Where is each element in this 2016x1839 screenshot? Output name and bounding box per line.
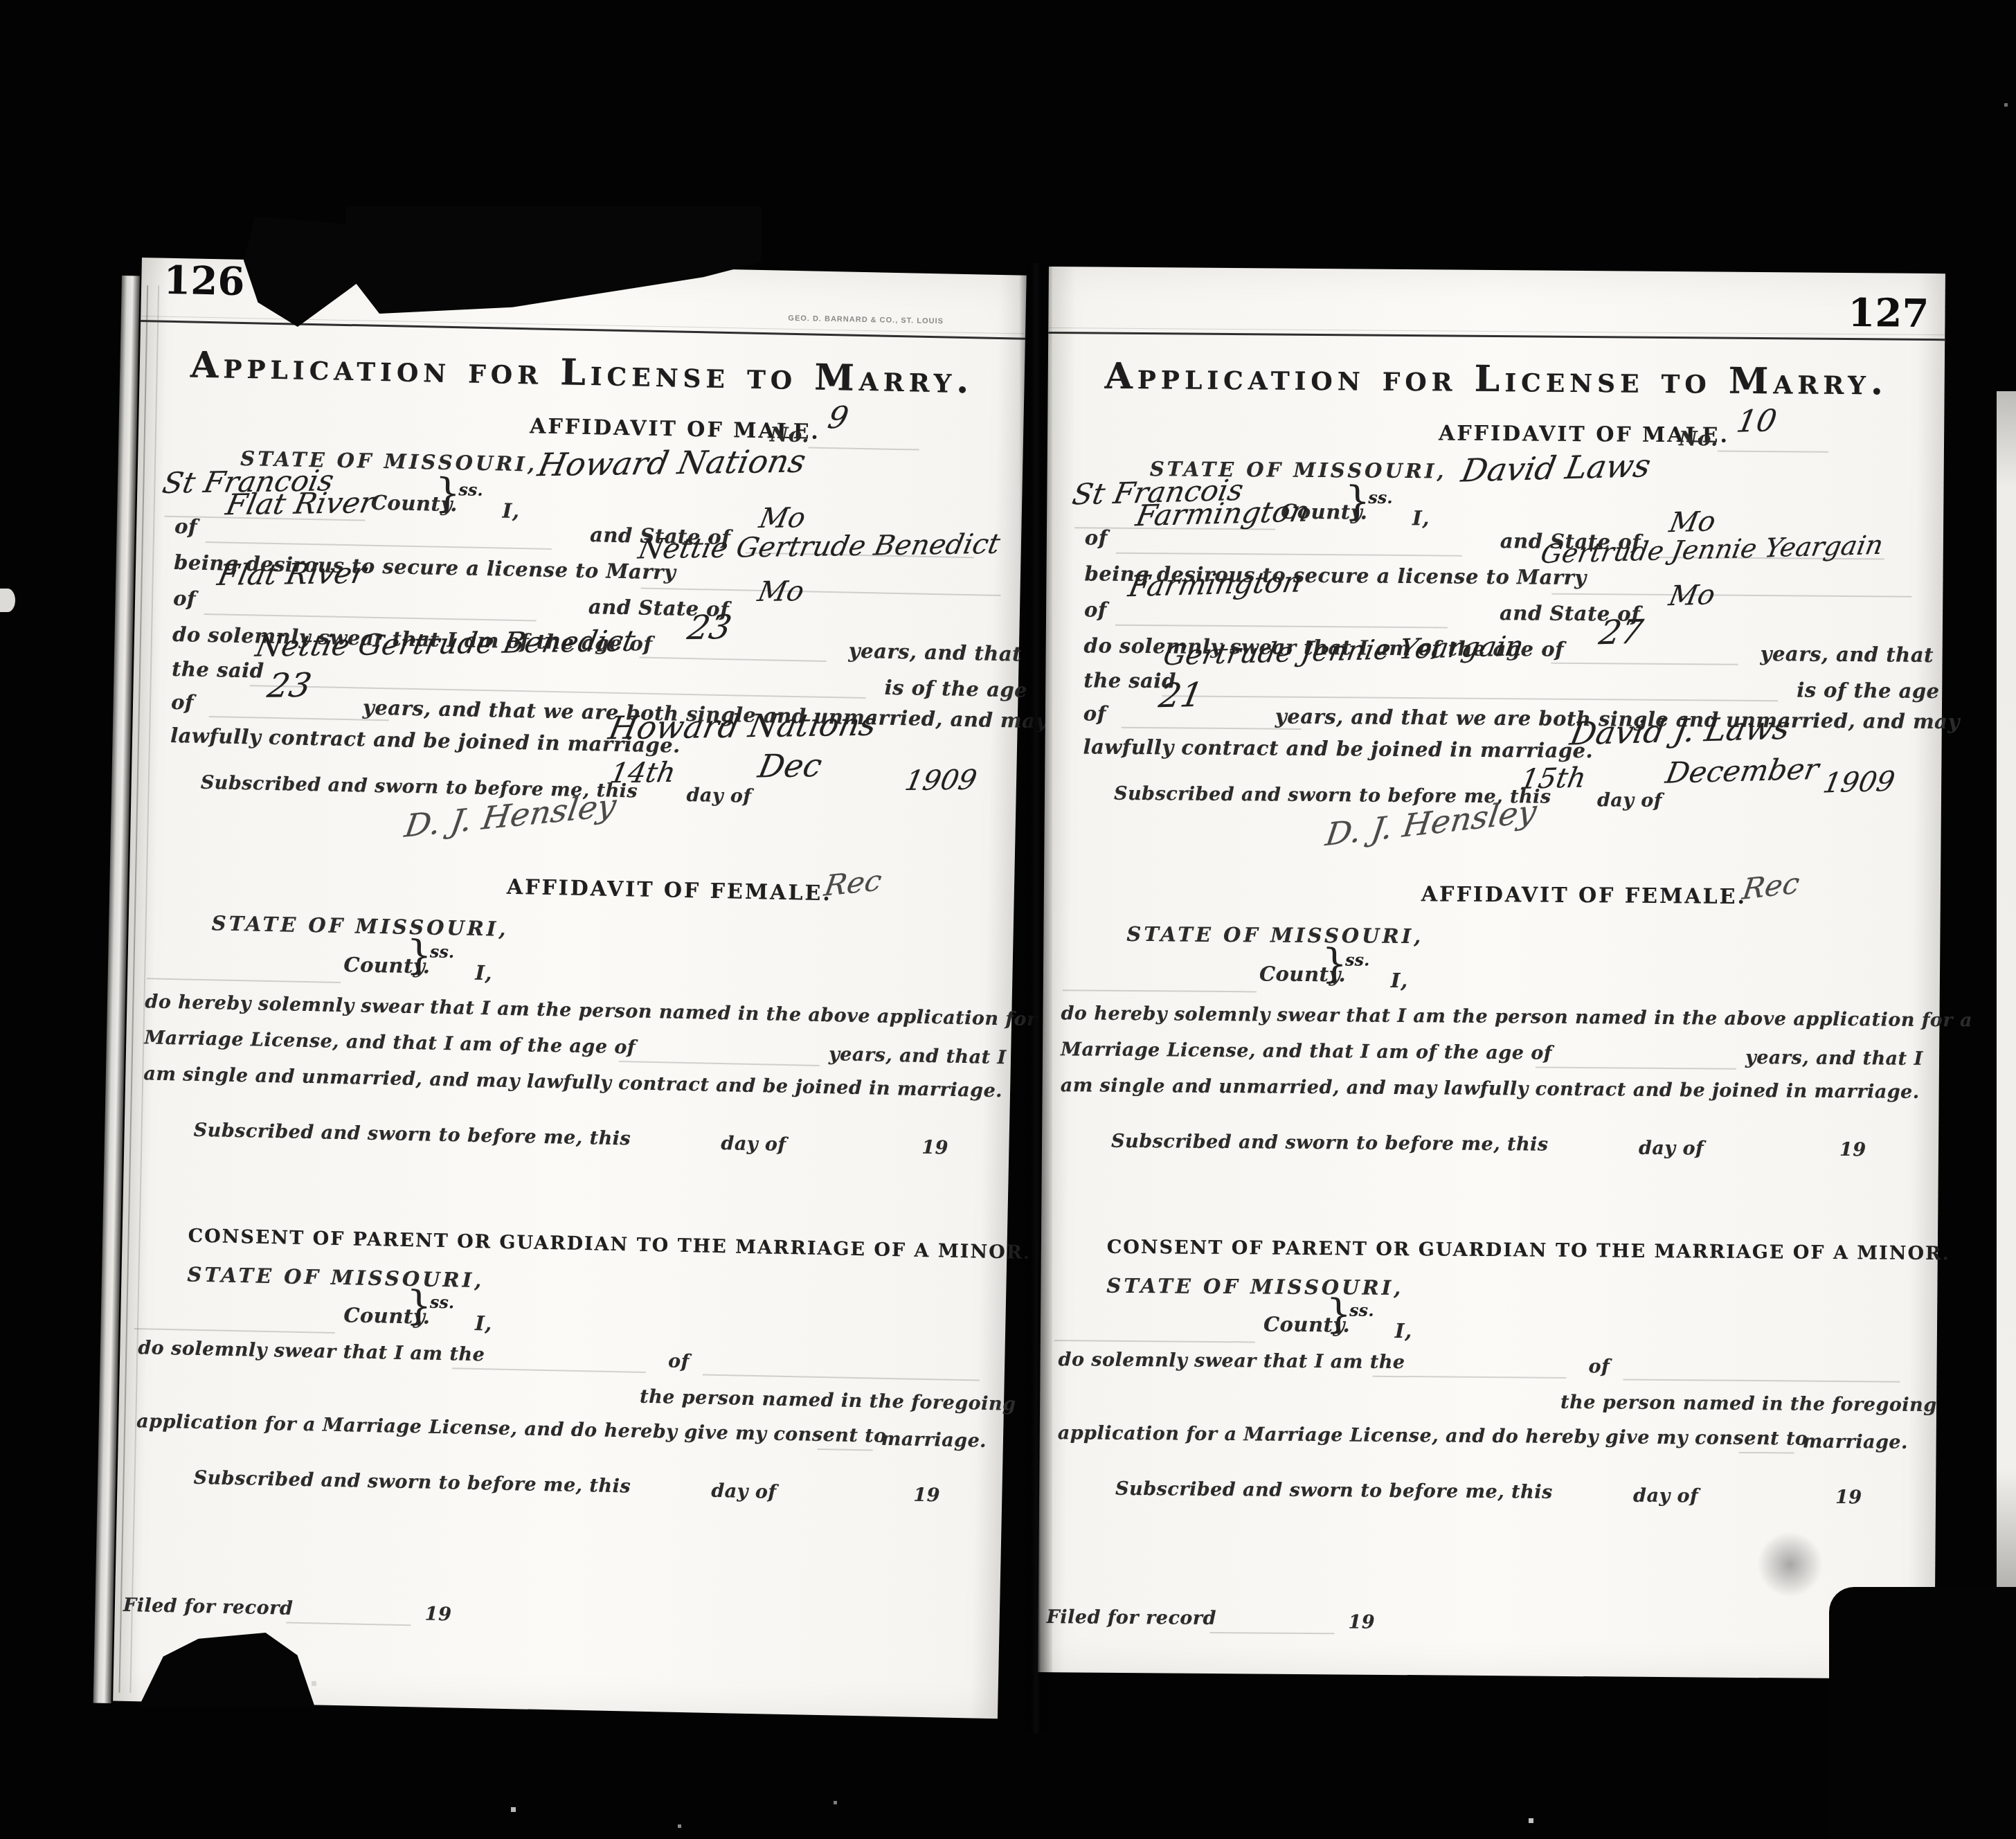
years-and-that-i-label: years, and that I — [1745, 1048, 1923, 1070]
book-gutter-shadow — [1019, 263, 1052, 1734]
minor-name-blank — [1623, 1379, 1900, 1383]
record-page-126: 126 GEO. D. BARNARD & CO., ST. LOUIS App… — [113, 258, 1027, 1719]
day-of-label: day of — [711, 1481, 777, 1503]
bride-name-2-blank — [1162, 695, 1778, 701]
of-label: of — [174, 516, 197, 539]
whose-blank — [818, 1448, 873, 1451]
nineteen-label: 19 — [921, 1138, 948, 1158]
person-named-line: the person named in the foregoing — [640, 1387, 1016, 1415]
bride-age-blank — [209, 716, 389, 721]
i-label: I, — [502, 501, 519, 523]
ss-brace: } — [1326, 1293, 1351, 1334]
sworn-year-handwritten: 1909 — [903, 766, 979, 795]
day-of-label: day of — [686, 785, 752, 807]
ss-brace: } — [435, 473, 461, 514]
marriage-label: marriage. — [881, 1429, 987, 1452]
sworn-month-handwritten: December — [1664, 755, 1821, 788]
paper-smudge — [1757, 1532, 1823, 1597]
bride-name-2-blank — [250, 685, 866, 699]
ss-label: ss. — [1349, 1302, 1374, 1318]
whose-blank — [1739, 1452, 1794, 1454]
subscribed-line: Subscribed and sworn to before me, this — [193, 1468, 631, 1497]
i-label: I, — [1391, 970, 1408, 992]
groom-signature-handwritten: David J. Laws — [1567, 712, 1792, 749]
county-blank — [147, 978, 341, 983]
subscribed-line: Subscribed and sworn to before me, this — [1115, 1479, 1553, 1503]
page-number: 126 — [163, 261, 245, 301]
years-and-that-i-label: years, and that I — [829, 1044, 1007, 1068]
is-of-the-age-label: is of the age — [1797, 680, 1940, 703]
residence-blank — [1116, 553, 1462, 557]
consent-swear-line: do solemnly swear that I am the — [1058, 1349, 1405, 1373]
minor-name-blank — [703, 1374, 980, 1381]
county-blank — [1054, 1340, 1255, 1343]
state-of-missouri-label: STATE OF MISSOURI, — [1126, 924, 1423, 948]
county-blank — [1063, 989, 1257, 992]
record-page-127: 127 Application for License to Marry. AF… — [1038, 267, 1945, 1679]
ss-brace: } — [1322, 943, 1347, 983]
groom-state-handwritten: Mo — [757, 504, 807, 532]
consent-line-2: application for a Marriage License, and … — [1058, 1423, 1808, 1449]
header-rule — [1048, 332, 1945, 341]
nineteen-label: 19 — [1839, 1140, 1866, 1160]
i-label: I, — [1395, 1320, 1412, 1343]
consent-line-2: application for a Marriage License, and … — [136, 1411, 887, 1446]
bride-name-handwritten: Nettie Gertrude Benedict — [636, 530, 1002, 563]
day-of-label: day of — [1633, 1486, 1698, 1507]
relationship-blank — [452, 1367, 646, 1373]
years-and-that-label: years, and that — [1761, 643, 1934, 667]
form-title: Application for License to Marry. — [139, 346, 1025, 400]
i-label: I, — [1412, 508, 1430, 530]
of-label: of — [1085, 527, 1108, 549]
ss-brace: } — [406, 1285, 432, 1326]
marriage-label: marriage. — [1803, 1432, 1908, 1453]
filed-blank — [286, 1622, 411, 1626]
county-blank — [134, 1328, 335, 1334]
day-of-label: day of — [1639, 1138, 1704, 1159]
residence-blank — [206, 541, 552, 550]
of-label: of — [1084, 599, 1107, 621]
page-number: 127 — [1848, 294, 1929, 333]
consent-swear-line: do solemnly swear that I am the — [138, 1338, 485, 1365]
officer-title-handwritten: Rec — [1740, 869, 1801, 904]
application-number-handwritten: 9 — [825, 403, 851, 433]
female-age-blank — [1536, 1067, 1736, 1070]
groom-residence-handwritten: Farmington — [1133, 497, 1311, 531]
residence-blank — [1115, 625, 1448, 629]
female-swear-line-3: am single and unmarried, and may lawfull… — [143, 1064, 1002, 1102]
right-page-edge-sliver — [1997, 391, 2016, 1589]
nineteen-label: 19 — [913, 1485, 940, 1506]
age-blank — [640, 657, 827, 662]
bride-state-handwritten: Mo — [755, 577, 806, 606]
lawfully-line: lawfully contract and be joined in marri… — [1083, 736, 1593, 762]
filed-blank — [1210, 1632, 1335, 1634]
sworn-year-handwritten: 1909 — [1821, 768, 1897, 798]
state-of-missouri-label: STATE OF MISSOURI, — [211, 913, 508, 940]
scan-noise — [0, 0, 2, 2]
consent-heading: CONSENT OF PARENT OR GUARDIAN TO THE MAR… — [188, 1227, 1031, 1262]
groom-age-handwritten: 27 — [1596, 616, 1645, 650]
consent-heading: CONSENT OF PARENT OR GUARDIAN TO THE MAR… — [1107, 1238, 1950, 1264]
i-label: I, — [475, 962, 492, 985]
of-label: of — [171, 692, 194, 715]
subscribed-line: Subscribed and sworn to before me, this — [193, 1120, 631, 1149]
application-number-handwritten: 10 — [1734, 406, 1779, 437]
filed-for-record-label: Filed for record — [123, 1595, 294, 1620]
sworn-day-handwritten: 15th — [1518, 764, 1588, 793]
groom-age-handwritten: 23 — [685, 611, 734, 645]
day-of-label: day of — [721, 1133, 786, 1156]
no-label: No. — [1679, 428, 1718, 450]
ss-label: ss. — [1368, 490, 1393, 506]
ss-label: ss. — [1345, 951, 1370, 968]
residence-blank — [204, 613, 537, 622]
filed-for-record-label: Filed for record — [1047, 1607, 1217, 1629]
bride-state-handwritten: Mo — [1666, 581, 1717, 610]
printer-imprint: GEO. D. BARNARD & CO., ST. LOUIS — [788, 315, 944, 326]
form-title: Application for License to Marry. — [1048, 358, 1945, 401]
of-label: of — [1588, 1356, 1610, 1377]
ss-label: ss. — [430, 944, 455, 961]
female-age-blank — [619, 1061, 820, 1066]
groom-name-handwritten: David Laws — [1459, 449, 1653, 486]
nineteen-label: 19 — [1835, 1487, 1862, 1508]
no-blank — [809, 447, 919, 450]
sworn-day-handwritten: 14th — [608, 759, 678, 787]
female-swear-line-1: do hereby solemnly swear that I am the p… — [1061, 1003, 1972, 1031]
groom-state-handwritten: Mo — [1667, 508, 1718, 537]
of-label: of — [668, 1352, 690, 1372]
subscribed-line: Subscribed and sworn to before me, this — [1111, 1131, 1549, 1156]
sworn-month-handwritten: Dec — [756, 749, 825, 782]
of-label: of — [1083, 703, 1106, 725]
nineteen-label: 19 — [1349, 1612, 1376, 1633]
no-blank — [1718, 451, 1828, 453]
affidavit-of-female-heading: AFFIDAVIT OF FEMALE. — [507, 877, 833, 904]
person-named-line: the person named in the foregoing — [1560, 1392, 1937, 1416]
i-label: I, — [475, 1313, 492, 1335]
female-swear-line-2: Marriage License, and that I am of the a… — [144, 1028, 636, 1058]
groom-residence-handwritten: Flat River — [224, 488, 377, 519]
state-of-missouri-label: STATE OF MISSOURI, — [187, 1264, 484, 1292]
years-and-that-label: years, and that — [848, 640, 1022, 666]
groom-name-handwritten: Howard Nations — [535, 445, 808, 481]
female-swear-line-2: Marriage License, and that I am of the a… — [1061, 1039, 1552, 1064]
lawfully-line: lawfully contract and be joined in marri… — [170, 725, 681, 757]
bride-age-blank — [1122, 727, 1302, 730]
scan-artifact-dot — [0, 589, 15, 612]
bride-residence-handwritten: Farmington — [1126, 568, 1304, 602]
bride-name-blank — [1551, 593, 1911, 598]
bride-name-blank — [641, 588, 1001, 596]
bride-residence-handwritten: Flat River — [215, 559, 368, 590]
bride-age-handwritten: 23 — [265, 669, 314, 703]
page-corner-cut — [1829, 1587, 2016, 1839]
bride-name-handwritten: Gertrude Jennie Yeargain — [1539, 532, 1885, 567]
age-blank — [1551, 663, 1738, 665]
ss-brace: } — [406, 935, 432, 976]
female-swear-line-3: am single and unmarried, and may lawfull… — [1061, 1075, 1920, 1102]
ss-label: ss. — [430, 1294, 455, 1311]
female-swear-line-1: do hereby solemnly swear that I am the p… — [145, 992, 1056, 1030]
nineteen-label: 19 — [424, 1604, 451, 1625]
relationship-blank — [1372, 1376, 1566, 1379]
of-label: of — [173, 588, 196, 611]
bride-name-2-handwritten: Gertrude Jennie Yeargain — [1161, 632, 1526, 670]
affidavit-of-female-heading: AFFIDAVIT OF FEMALE. — [1421, 884, 1747, 908]
bride-age-handwritten: 21 — [1156, 679, 1205, 713]
groom-signature-handwritten: Howard Nations — [606, 708, 879, 744]
ss-brace: } — [1344, 481, 1370, 521]
day-of-label: day of — [1597, 790, 1662, 811]
bride-name-2-handwritten: Nettie Gertrude Benedict — [253, 627, 638, 661]
state-of-missouri-label: STATE OF MISSOURI, — [1106, 1275, 1403, 1300]
is-of-the-age-label: is of the age — [884, 677, 1027, 702]
ss-label: ss. — [458, 481, 483, 499]
the-said-label: the said — [172, 658, 264, 683]
